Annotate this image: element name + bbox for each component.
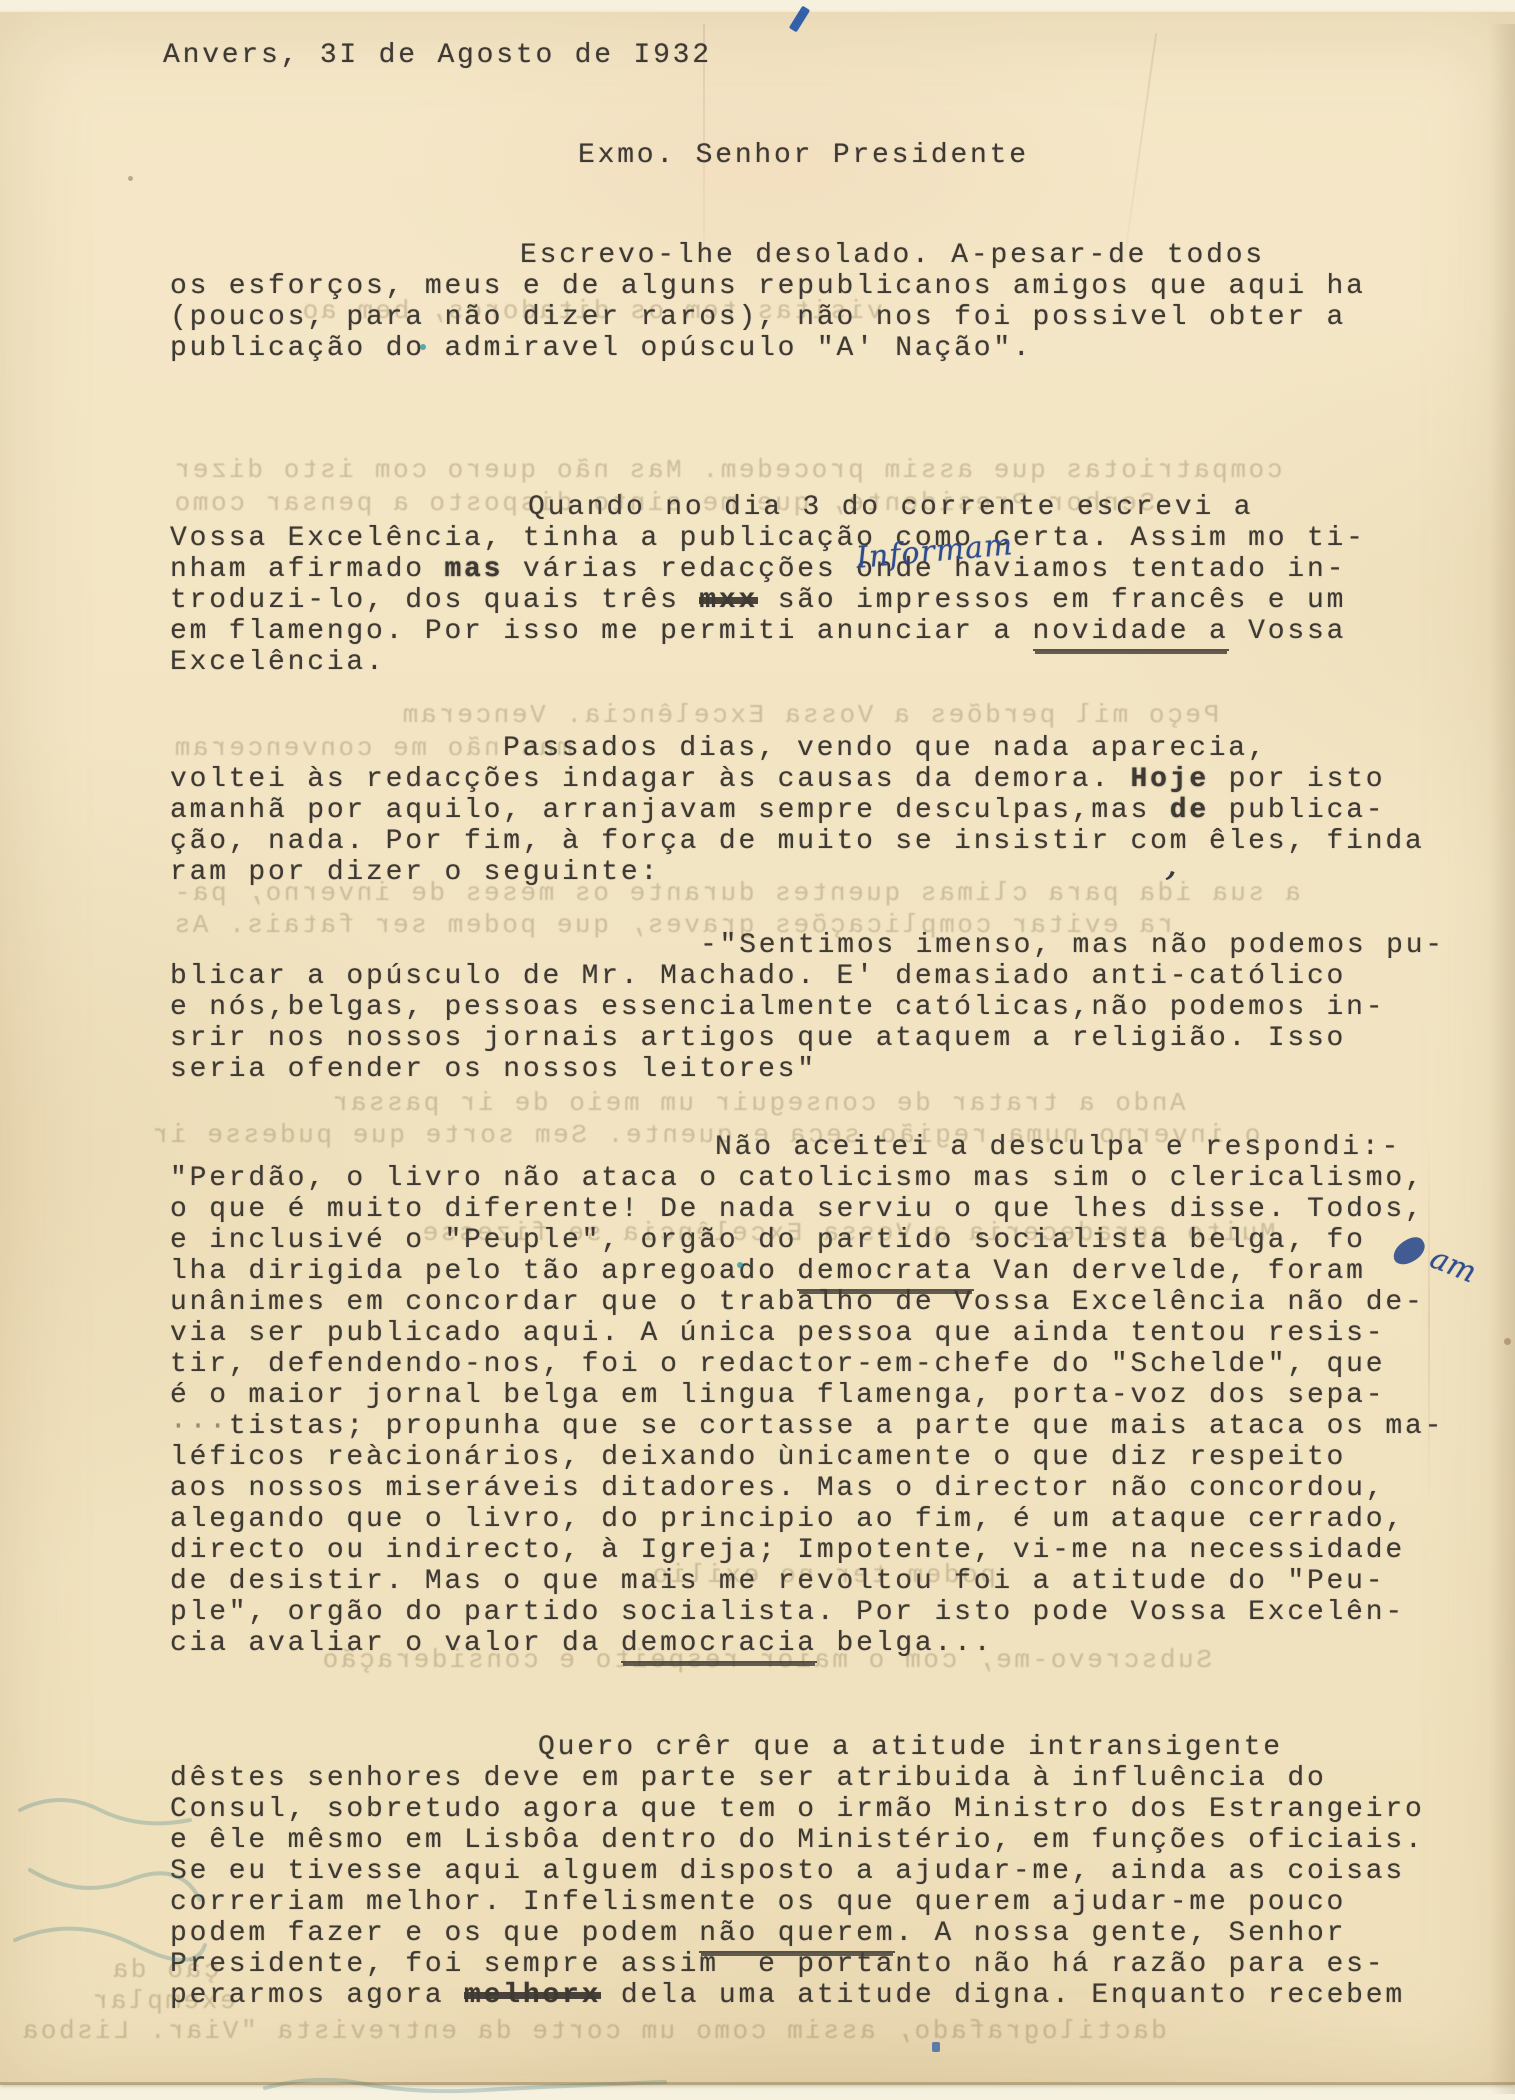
letter-line: aos nossos miseráveis ditadores. Mas o d… bbox=[170, 1473, 1444, 1504]
letter-line: (poucos, para não dizer raros), não nos … bbox=[170, 302, 1366, 333]
letter-line: cia avaliar o valor da democracia belga.… bbox=[170, 1628, 1444, 1659]
text-segment: mas bbox=[444, 554, 503, 585]
text-segment: Passados dias, vendo que nada aparecia, bbox=[503, 733, 1268, 764]
letter-line: léficos reàcionários, deixando ùnicament… bbox=[170, 1442, 1444, 1473]
paper-edge-shading bbox=[1489, 24, 1515, 2094]
ink-bleed-squiggle bbox=[10, 1780, 210, 2020]
text-segment: democracia bbox=[621, 1628, 817, 1663]
text-segment: -"Sentimos imenso, mas não podemos pu- bbox=[700, 930, 1445, 961]
letter-line: blicar a opúsculo de Mr. Machado. E' dem… bbox=[170, 961, 1445, 992]
letter-line: via ser publicado aqui. A única pessoa q… bbox=[170, 1318, 1444, 1349]
bleedthrough-text: Peço mil perdões a Vossa Excelência. Ven… bbox=[400, 700, 1219, 730]
letter-line: troduzi-lo, dos quais três mxx são impre… bbox=[170, 585, 1366, 616]
text-segment: via ser publicado aqui. A única pessoa q… bbox=[170, 1318, 1385, 1349]
letter-line: e nós,belgas, pessoas essencialmente cat… bbox=[170, 992, 1445, 1023]
text-segment: Escrevo-lhe desolado. A-pesar-de todos bbox=[520, 240, 1265, 271]
bleedthrough-text: compatriotas que assim procedem. Mas não… bbox=[172, 455, 1282, 485]
text-segment: blicar a opúsculo de Mr. Machado. E' dem… bbox=[170, 961, 1346, 992]
text-segment: de desistir. Mas o que mais me revoltou … bbox=[170, 1566, 1385, 1597]
text-segment: ção, nada. Por fim, à força de muito se … bbox=[170, 826, 1425, 857]
text-segment: Não aceitei a desculpa e respondi:- bbox=[715, 1132, 1401, 1163]
text-segment: nham afirmado bbox=[170, 554, 444, 585]
letter-line: -"Sentimos imenso, mas não podemos pu- bbox=[170, 930, 1445, 961]
letter-line: de desistir. Mas o que mais me revoltou … bbox=[170, 1566, 1444, 1597]
letter-line: directo ou indirecto, à Igreja; Impotent… bbox=[170, 1535, 1444, 1566]
paragraph: Passados dias, vendo que nada aparecia,v… bbox=[170, 733, 1425, 888]
letter-line: ção, nada. Por fim, à força de muito se … bbox=[170, 826, 1425, 857]
letter-line: Presidente, foi sempre assim e portanto … bbox=[170, 1949, 1425, 1980]
paragraph: Quero crêr que a atitude intransigentedê… bbox=[170, 1732, 1425, 2011]
letter-line: seria ofender os nossos leitores" bbox=[170, 1054, 1445, 1085]
text-segment: melhorx bbox=[464, 1980, 601, 2011]
text-segment: Quando no dia 3 do corrente escrevi a bbox=[528, 492, 1253, 523]
letter-line: ple", orgão do partido socialista. Por i… bbox=[170, 1597, 1444, 1628]
bleedthrough-text: dactilografado, assim como um corte da e… bbox=[20, 2016, 1167, 2046]
text-segment: os esforços, meus e de alguns republican… bbox=[170, 271, 1366, 302]
text-segment: Se eu tivesse aqui alguem disposto a aju… bbox=[170, 1856, 1405, 1887]
text-segment: Van dervelde, foram bbox=[974, 1256, 1366, 1287]
date-line: Anvers, 3I de Agosto de I932 bbox=[163, 40, 712, 71]
text-segment: seria ofender os nossos leitores" bbox=[170, 1054, 817, 1085]
letter-line: Vossa Excelência, tinha a publicação com… bbox=[170, 523, 1366, 554]
text-segment: Hoje bbox=[1131, 764, 1209, 795]
letter-line: "Perdão, o livro não ataca o catolicismo… bbox=[170, 1163, 1444, 1194]
letter-line: amanhã por aquilo, arranjavam sempre des… bbox=[170, 795, 1425, 826]
paragraph: -"Sentimos imenso, mas não podemos pu-bl… bbox=[170, 930, 1445, 1085]
text-segment: troduzi-lo, dos quais três bbox=[170, 585, 699, 616]
letter-line: dêstes senhores deve em parte ser atribu… bbox=[170, 1763, 1425, 1794]
text-segment: e nós,belgas, pessoas essencialmente cat… bbox=[170, 992, 1385, 1023]
letter-line: ···tistas; propunha que se cortasse a pa… bbox=[170, 1411, 1444, 1442]
letter-line: Se eu tivesse aqui alguem disposto a aju… bbox=[170, 1856, 1425, 1887]
letter-line: voltei às redacções indagar às causas da… bbox=[170, 764, 1425, 795]
letter-line: e êle mêsmo em Lisbôa dentro do Ministér… bbox=[170, 1825, 1425, 1856]
letter-line: Quero crêr que a atitude intransigente bbox=[170, 1732, 1425, 1763]
text-segment: por isto bbox=[1209, 764, 1385, 795]
text-segment: novidade a bbox=[1033, 616, 1229, 651]
text-segment: lha dirigida pelo tão apregoado bbox=[170, 1256, 797, 1287]
text-segment: ram por dizer o seguinte: bbox=[170, 857, 660, 888]
text-segment: Presidente, foi sempre assim e portanto … bbox=[170, 1949, 1385, 1980]
letter-line: Não aceitei a desculpa e respondi:- bbox=[170, 1132, 1444, 1163]
letter-line: lha dirigida pelo tão apregoado democrat… bbox=[170, 1256, 1444, 1287]
text-segment: amanhã por aquilo, arranjavam sempre des… bbox=[170, 795, 1170, 826]
text-segment: unânimes em concordar que o trabalho de … bbox=[170, 1287, 1425, 1318]
text-segment: tistas; propunha que se cortasse a parte… bbox=[229, 1411, 1444, 1442]
letter-line: Escrevo-lhe desolado. A-pesar-de todos bbox=[170, 240, 1366, 271]
paper-speck bbox=[128, 176, 133, 181]
letter-line: perarmos agora melhorx dela uma atitude … bbox=[170, 1980, 1425, 2011]
text-segment: Consul, sobretudo agora que tem o irmão … bbox=[170, 1794, 1425, 1825]
letter-line: Excelência. bbox=[170, 647, 1366, 678]
text-segment: . A nossa gente, Senhor bbox=[895, 1918, 1346, 1949]
letter-line: e inclusivé o "Peuple", orgão do partido… bbox=[170, 1225, 1444, 1256]
text-segment: são impressos em francês e um bbox=[758, 585, 1346, 616]
text-segment: aos nossos miseráveis ditadores. Mas o d… bbox=[170, 1473, 1385, 1504]
text-segment: Vossa Excelência, tinha a publicação com… bbox=[170, 523, 1366, 554]
letter-line: unânimes em concordar que o trabalho de … bbox=[170, 1287, 1444, 1318]
text-segment: podem fazer e os que podem bbox=[170, 1918, 699, 1949]
text-segment: dêstes senhores deve em parte ser atribu… bbox=[170, 1763, 1327, 1794]
letter-line: ram por dizer o seguinte: bbox=[170, 857, 1425, 888]
letter-line: Passados dias, vendo que nada aparecia, bbox=[170, 733, 1425, 764]
bleedthrough-text: Ando a tratar de conseguir um meio de ir… bbox=[330, 1088, 1186, 1118]
text-segment: perarmos agora bbox=[170, 1980, 464, 2011]
letter-line: o que é muito diferente! De nada serviu … bbox=[170, 1194, 1444, 1225]
text-segment: belga... bbox=[817, 1628, 993, 1659]
letter-line: nham afirmado mas várias redacções onde … bbox=[170, 554, 1366, 585]
text-segment: não querem bbox=[699, 1918, 895, 1953]
paragraph: Escrevo-lhe desolado. A-pesar-de todosos… bbox=[170, 240, 1366, 364]
paragraph: Quando no dia 3 do corrente escrevi aVos… bbox=[170, 492, 1366, 678]
text-segment: Excelência. bbox=[170, 647, 386, 678]
letter-line: em flamengo. Por isso me permiti anuncia… bbox=[170, 616, 1366, 647]
letter-line: é o maior jornal belga em lingua flameng… bbox=[170, 1380, 1444, 1411]
letter-line: Quando no dia 3 do corrente escrevi a bbox=[170, 492, 1366, 523]
text-segment: (poucos, para não dizer raros), não nos … bbox=[170, 302, 1346, 333]
letter-line: tir, defendendo-nos, foi o redactor-em-c… bbox=[170, 1349, 1444, 1380]
paper-speck bbox=[1504, 1338, 1511, 1345]
text-segment: ple", orgão do partido socialista. Por i… bbox=[170, 1597, 1405, 1628]
text-segment: correriam melhor. Infelismente os que qu… bbox=[170, 1887, 1346, 1918]
text-segment: Quero crêr que a atitude intransigente bbox=[538, 1732, 1283, 1763]
letter-line: srir nos nossos jornais artigos que ataq… bbox=[170, 1023, 1445, 1054]
letter-line: os esforços, meus e de alguns republican… bbox=[170, 271, 1366, 302]
text-segment: de bbox=[1170, 795, 1209, 826]
text-segment: publica- bbox=[1209, 795, 1385, 826]
text-segment: ··· bbox=[170, 1411, 229, 1442]
text-segment: democrata bbox=[797, 1256, 973, 1291]
text-segment: srir nos nossos jornais artigos que ataq… bbox=[170, 1023, 1346, 1054]
salutation: Exmo. Senhor Presidente bbox=[578, 140, 1029, 171]
ink-speck bbox=[737, 1262, 743, 1268]
letter-line: podem fazer e os que podem não querem. A… bbox=[170, 1918, 1425, 1949]
ink-speck bbox=[420, 344, 426, 350]
text-segment: léficos reàcionários, deixando ùnicament… bbox=[170, 1442, 1346, 1473]
letter-line: publicação do admiravel opúsculo "A' Naç… bbox=[170, 333, 1366, 364]
text-segment: é o maior jornal belga em lingua flameng… bbox=[170, 1380, 1385, 1411]
paragraph: Não aceitei a desculpa e respondi:-"Perd… bbox=[170, 1132, 1444, 1659]
text-segment: o que é muito diferente! De nada serviu … bbox=[170, 1194, 1425, 1225]
letter-line: Consul, sobretudo agora que tem o irmão … bbox=[170, 1794, 1425, 1825]
text-segment: tir, defendendo-nos, foi o redactor-em-c… bbox=[170, 1349, 1385, 1380]
text-segment: alegando que o livro, do principio ao fi… bbox=[170, 1504, 1405, 1535]
letter-line: alegando que o livro, do principio ao fi… bbox=[170, 1504, 1444, 1535]
text-segment: voltei às redacções indagar às causas da… bbox=[170, 764, 1131, 795]
text-segment: cia avaliar o valor da bbox=[170, 1628, 621, 1659]
text-segment: e inclusivé o "Peuple", orgão do partido… bbox=[170, 1225, 1366, 1256]
ink-speck bbox=[932, 2042, 940, 2052]
text-segment: "Perdão, o livro não ataca o catolicismo… bbox=[170, 1163, 1425, 1194]
text-segment: e êle mêsmo em Lisbôa dentro do Ministér… bbox=[170, 1825, 1425, 1856]
text-segment: Vossa bbox=[1229, 616, 1347, 647]
text-segment: dela uma atitude digna. Enquanto recebem bbox=[601, 1980, 1405, 2011]
paper-bottom-edge bbox=[0, 2082, 1515, 2085]
text-segment: directo ou indirecto, à Igreja; Impotent… bbox=[170, 1535, 1405, 1566]
letter-line: correriam melhor. Infelismente os que qu… bbox=[170, 1887, 1425, 1918]
text-segment: em flamengo. Por isso me permiti anuncia… bbox=[170, 616, 1033, 647]
text-segment: publicação do admiravel opúsculo "A' Naç… bbox=[170, 333, 1033, 364]
text-segment: mxx bbox=[699, 585, 758, 616]
scanned-letter-screenshot: { "document": { "kind": "typewritten let… bbox=[0, 0, 1515, 2100]
